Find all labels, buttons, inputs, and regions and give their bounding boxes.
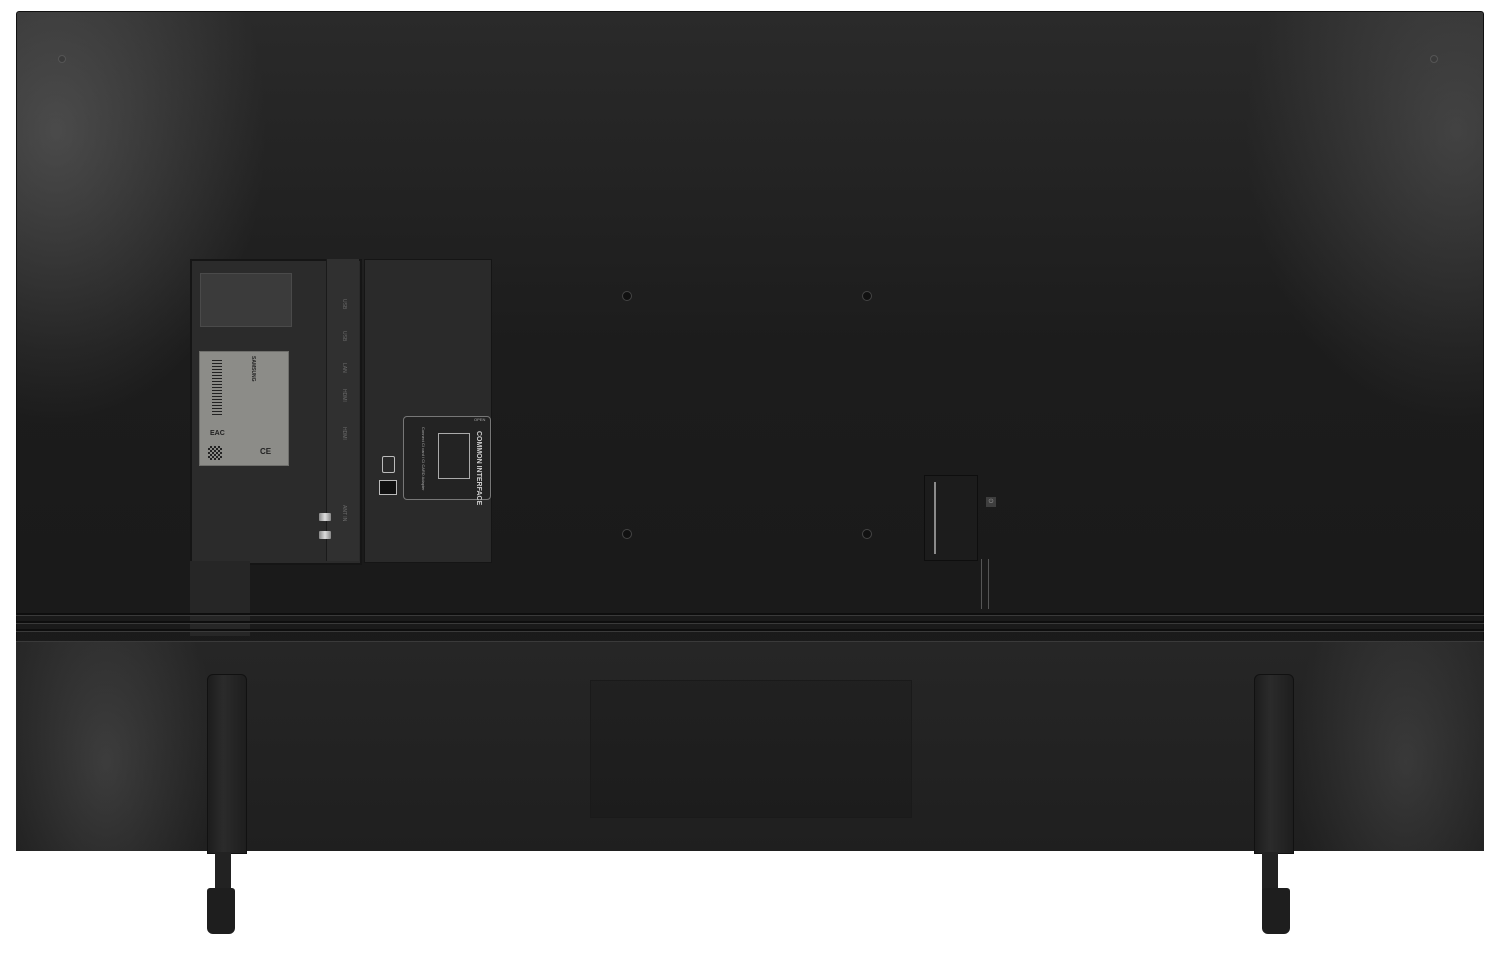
eac-mark: EAC — [210, 430, 225, 437]
port-label-hdmi: HDMI — [341, 389, 347, 402]
ce-mark: CE — [260, 447, 271, 456]
vesa-hole — [862, 291, 872, 301]
info-sticker — [200, 273, 292, 327]
mount-screw — [1430, 55, 1438, 63]
ridges — [16, 609, 1484, 641]
ci-label: OPEN COMMON INTERFACE Connect CI card / … — [403, 416, 491, 500]
ci-card-diagram — [438, 433, 470, 479]
barcode — [212, 360, 222, 415]
common-interface-panel: OPEN COMMON INTERFACE Connect CI card / … — [364, 259, 492, 563]
vesa-hole — [862, 529, 872, 539]
ci-title: COMMON INTERFACE — [475, 431, 482, 505]
antenna-connector — [319, 531, 331, 539]
rear-recess — [590, 680, 912, 818]
optical-port — [379, 480, 397, 495]
port-label-usb: USB — [341, 299, 347, 309]
open-text: OPEN — [474, 417, 485, 422]
mount-screw — [58, 55, 66, 63]
power-cable-channel — [981, 559, 989, 609]
rating-label: SAMSUNG EAC CE — [199, 351, 289, 466]
qr-code — [208, 446, 222, 460]
vesa-hole — [622, 529, 632, 539]
port-label-usb: USB — [341, 331, 347, 341]
antenna-connector — [319, 513, 331, 521]
brand-text: SAMSUNG — [250, 356, 256, 382]
power-icon[interactable]: ⏻ — [986, 497, 996, 507]
port-label-ant: ANT IN — [341, 505, 347, 521]
power-connector-cover — [924, 475, 978, 561]
hdmi-port — [382, 456, 395, 473]
ci-instructions: Connect CI card / CI CARD Adapter — [421, 427, 426, 491]
port-strip: USB USB LAN HDMI HDMI ANT IN — [326, 259, 359, 561]
vesa-hole — [622, 291, 632, 301]
port-label-hdmi: HDMI — [341, 427, 347, 440]
port-label-lan: LAN — [341, 363, 347, 373]
